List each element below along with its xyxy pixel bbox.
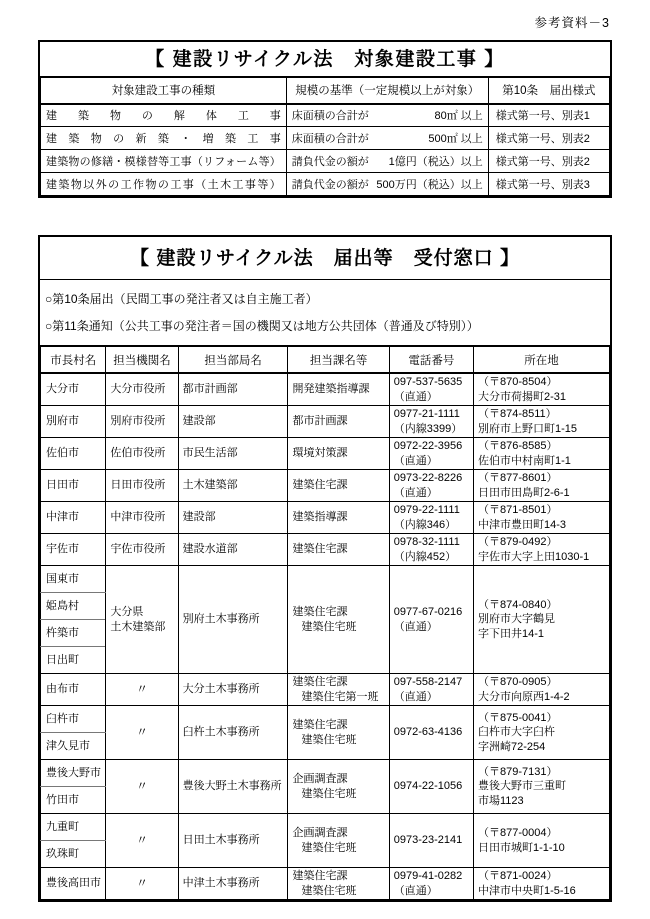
section-cell: 建築住宅課建築住宅班 <box>288 566 389 674</box>
section-cell: 企画調査課建築住宅班 <box>288 814 389 868</box>
address-cell: （〒877-0004）日田市城町1-1-10 <box>473 814 609 868</box>
phone-cell-line: 0978-32-1111 <box>394 535 469 550</box>
section-cell: 環境対策課 <box>288 438 389 470</box>
bureau-cell: 大分土木事務所 <box>178 674 288 706</box>
agency-cell-line: 〃 <box>110 779 173 795</box>
section-cell: 建築指導課 <box>288 502 389 534</box>
reception-notes: ○第10条届出（民間工事の発注者又は自主施工者） ○第11条通知（公共工事の発注… <box>40 280 610 345</box>
scale-basis-cell: 請負代金の額が1億円（税込）以上 <box>286 150 488 173</box>
target-works-grid: 対象建設工事の種類 規模の基準（一定規模以上が対象） 第10条 届出様式 建築物… <box>40 77 610 196</box>
agency-cell-line: 別府市役所 <box>110 414 173 429</box>
basis-threshold: 500㎡ 以上 <box>428 130 482 146</box>
bureau-cell-line: 豊後大野土木事務所 <box>183 779 284 794</box>
section-cell-line: 企画調査課 <box>292 826 384 841</box>
phone-cell: 0972-22-3956（直通） <box>389 438 473 470</box>
address-cell: （〒877-8601）日田市田島町2-6-1 <box>473 470 609 502</box>
address-cell-line: 中津市中央町1-5-16 <box>478 884 605 899</box>
section-cell: 都市計画課 <box>288 406 389 438</box>
section-cell-line: 建築住宅班 <box>292 620 384 635</box>
agency-cell: 〃 <box>106 706 178 760</box>
agency-cell-line: 佐伯市役所 <box>110 446 173 461</box>
address-cell-line: 字下田井14-1 <box>478 627 605 642</box>
bureau-cell: 建設部 <box>178 406 288 438</box>
address-cell-line: 日田市城町1-1-10 <box>478 841 605 856</box>
work-type-text: 建築物の新築・増築工事 <box>46 130 281 146</box>
phone-cell-line: 0977-21-1111 <box>394 407 469 422</box>
table-row: 別府市別府市役所建設部都市計画課0977-21-1111（内線3399）（〒87… <box>41 406 610 438</box>
agency-cell-line: 大分県 <box>110 605 173 620</box>
phone-cell-line: 0972-63-4136 <box>394 725 469 740</box>
address-cell-line: 別府市大字鶴見 <box>478 612 605 627</box>
municipality-cell: 国東市 <box>41 566 106 593</box>
address-cell: （〒874-8511）別府市上野口町1-15 <box>473 406 609 438</box>
municipality-cell: 姫島村 <box>41 593 106 620</box>
section-cell-line: 建築住宅班 <box>292 884 384 899</box>
bureau-cell: 市民生活部 <box>178 438 288 470</box>
address-cell-line: 佐伯市中村南町1-1 <box>478 454 605 469</box>
agency-cell: 宇佐市役所 <box>106 534 178 566</box>
municipality-cell: 日田市 <box>41 470 106 502</box>
address-cell-line: （〒879-7131） <box>478 765 605 780</box>
address-cell-line: 日田市田島町2-6-1 <box>478 486 605 501</box>
phone-cell-line: 0973-22-8226 <box>394 471 469 486</box>
address-cell-line: （〒877-8601） <box>478 471 605 486</box>
table-row: 豊後大野市〃豊後大野土木事務所企画調査課建築住宅班0974-22-1056（〒8… <box>41 760 610 787</box>
bureau-cell-line: 土木建築部 <box>183 478 284 493</box>
t1-header-form-style: 第10条 届出様式 <box>488 78 609 104</box>
municipality-cell: 竹田市 <box>41 787 106 814</box>
section-cell-line: 建築住宅班 <box>292 787 384 802</box>
address-cell: （〒874-0840）別府市大字鶴見字下田井14-1 <box>473 566 609 674</box>
target-works-table: 【 建設リサイクル法 対象建設工事 】 対象建設工事の種類 規模の基準（一定規模… <box>38 40 612 198</box>
table-row: 建築物の新築・増築工事床面積の合計が500㎡ 以上様式第一号、別表2 <box>41 127 610 150</box>
bureau-cell-line: 市民生活部 <box>183 446 284 461</box>
phone-cell-line: 0972-22-3956 <box>394 439 469 454</box>
agency-cell: 中津市役所 <box>106 502 178 534</box>
address-cell-line: （〒879-0492） <box>478 535 605 550</box>
target-works-title: 【 建設リサイクル法 対象建設工事 】 <box>40 42 610 77</box>
section-cell: 建築住宅課 <box>288 534 389 566</box>
section-cell-line: 企画調査課 <box>292 772 384 787</box>
phone-cell-line: 0977-67-0216 <box>394 605 469 620</box>
agency-cell: 〃 <box>106 760 178 814</box>
address-cell: （〒879-0492）宇佐市大字上田1030-1 <box>473 534 609 566</box>
phone-cell-line: （直通） <box>394 486 469 501</box>
work-type-cell: 建築物の修繕・模様替等工事（リフォーム等） <box>41 150 287 173</box>
table-row: 国東市大分県土木建築部別府土木事務所建築住宅課建築住宅班0977-67-0216… <box>41 566 610 593</box>
agency-cell-line: 〃 <box>110 876 173 892</box>
address-cell-line: 大分市荷揚町2-31 <box>478 390 605 405</box>
agency-cell-line: 中津市役所 <box>110 510 173 525</box>
phone-cell: 0978-32-1111（内線452） <box>389 534 473 566</box>
form-style-cell: 様式第一号、別表2 <box>488 127 609 150</box>
agency-cell: 〃 <box>106 868 178 900</box>
section-cell-line: 建築住宅課 <box>292 869 384 884</box>
section-cell-line: 建築住宅課 <box>292 675 384 690</box>
reception-title: 【 建設リサイクル法 届出等 受付窓口 】 <box>40 237 610 280</box>
municipality-cell: 玖珠町 <box>41 841 106 868</box>
municipality-cell: 豊後大野市 <box>41 760 106 787</box>
address-cell-line: （〒876-8585） <box>478 439 605 454</box>
t2-header-bureau: 担当部局名 <box>178 346 288 373</box>
table-row: 佐伯市佐伯市役所市民生活部環境対策課0972-22-3956（直通）（〒876-… <box>41 438 610 470</box>
agency-cell: 佐伯市役所 <box>106 438 178 470</box>
work-type-text: 建築物以外の工作物の工事（土木工事等） <box>46 176 281 192</box>
phone-cell: 0977-67-0216（直通） <box>389 566 473 674</box>
basis-threshold: 1億円（税込）以上 <box>389 153 483 169</box>
address-cell: （〒871-8501）中津市豊田町14-3 <box>473 502 609 534</box>
t2-header-municipality: 市長村名 <box>41 346 106 373</box>
table-row: 建築物の解体工事床面積の合計が80㎡ 以上様式第一号、別表1 <box>41 104 610 127</box>
section-cell: 建築住宅課建築住宅班 <box>288 706 389 760</box>
table-row: 九重町〃日田土木事務所企画調査課建築住宅班0973-23-2141（〒877-0… <box>41 814 610 841</box>
bureau-cell: 別府土木事務所 <box>178 566 288 674</box>
basis-label: 請負代金の額が <box>292 153 369 169</box>
address-cell-line: （〒877-0004） <box>478 826 605 841</box>
municipality-cell: 杵築市 <box>41 620 106 647</box>
section-cell-line: 建築住宅班 <box>292 841 384 856</box>
basis-label: 床面積の合計が <box>292 107 369 123</box>
municipality-cell: 宇佐市 <box>41 534 106 566</box>
bureau-cell-line: 建設水道部 <box>183 542 284 557</box>
address-cell-line: 大分市向原西1-4-2 <box>478 690 605 705</box>
bureau-cell: 豊後大野土木事務所 <box>178 760 288 814</box>
address-cell-line: 市場1123 <box>478 794 605 809</box>
address-cell-line: 臼杵市大字臼杵 <box>478 725 605 740</box>
bureau-cell: 建設部 <box>178 502 288 534</box>
bureau-cell: 日田土木事務所 <box>178 814 288 868</box>
bureau-cell-line: 中津土木事務所 <box>183 876 284 891</box>
address-cell-line: （〒871-0024） <box>478 869 605 884</box>
t1-header-work-type: 対象建設工事の種類 <box>41 78 287 104</box>
phone-cell: 0973-23-2141 <box>389 814 473 868</box>
agency-cell-line: 大分市役所 <box>110 382 173 397</box>
bureau-cell-line: 都市計画部 <box>183 382 284 397</box>
work-type-cell: 建築物の新築・増築工事 <box>41 127 287 150</box>
address-cell-line: （〒870-8504） <box>478 375 605 390</box>
t2-header-agency: 担当機関名 <box>106 346 178 373</box>
agency-cell-line: 〃 <box>110 833 173 849</box>
municipality-cell: 中津市 <box>41 502 106 534</box>
table-row: 大分市大分市役所都市計画部開発建築指導課097-537-5635（直通）（〒87… <box>41 373 610 406</box>
address-cell-line: 中津市豊田町14-3 <box>478 518 605 533</box>
phone-cell-line: （直通） <box>394 390 469 405</box>
municipality-cell: 津久見市 <box>41 733 106 760</box>
phone-cell: 0979-22-1111（内線346） <box>389 502 473 534</box>
agency-cell-line: 〃 <box>110 682 173 698</box>
scale-basis-cell: 請負代金の額が500万円（税込）以上 <box>286 173 488 196</box>
phone-cell-line: （内線452） <box>394 550 469 565</box>
table-row: 建築物以外の工作物の工事（土木工事等）請負代金の額が500万円（税込）以上様式第… <box>41 173 610 196</box>
bureau-cell: 中津土木事務所 <box>178 868 288 900</box>
agency-cell: 大分県土木建築部 <box>106 566 178 674</box>
agency-cell-line: 〃 <box>110 725 173 741</box>
section-cell: 開発建築指導課 <box>288 373 389 406</box>
address-cell: （〒870-0905）大分市向原西1-4-2 <box>473 674 609 706</box>
agency-cell-line: 宇佐市役所 <box>110 542 173 557</box>
t1-header-row: 対象建設工事の種類 規模の基準（一定規模以上が対象） 第10条 届出様式 <box>41 78 610 104</box>
reception-grid: 市長村名 担当機関名 担当部局名 担当課名等 電話番号 所在地 大分市大分市役所… <box>40 345 610 900</box>
phone-cell: 0979-41-0282（直通） <box>389 868 473 900</box>
phone-cell-line: 0974-22-1056 <box>394 779 469 794</box>
municipality-cell: 大分市 <box>41 373 106 406</box>
bureau-cell-line: 日田土木事務所 <box>183 833 284 848</box>
section-cell: 建築住宅課 <box>288 470 389 502</box>
section-cell-line: 建築住宅課 <box>292 478 384 493</box>
form-style-cell: 様式第一号、別表2 <box>488 150 609 173</box>
basis-label: 床面積の合計が <box>292 130 369 146</box>
work-type-cell: 建築物以外の工作物の工事（土木工事等） <box>41 173 287 196</box>
phone-cell-line: （内線346） <box>394 518 469 533</box>
municipality-cell: 日出町 <box>41 647 106 674</box>
agency-cell-line: 土木建築部 <box>110 620 173 635</box>
note-article-10: ○第10条届出（民間工事の発注者又は自主施工者） <box>45 290 605 307</box>
agency-cell: 日田市役所 <box>106 470 178 502</box>
phone-cell-line: 0979-22-1111 <box>394 503 469 518</box>
scale-basis-cell: 床面積の合計が80㎡ 以上 <box>286 104 488 127</box>
bureau-cell-line: 建設部 <box>183 510 284 525</box>
section-cell-line: 環境対策課 <box>292 446 384 461</box>
phone-cell-line: （内線3399） <box>394 422 469 437</box>
municipality-cell: 臼杵市 <box>41 706 106 733</box>
section-cell: 建築住宅課建築住宅第一班 <box>288 674 389 706</box>
section-cell: 建築住宅課建築住宅班 <box>288 868 389 900</box>
bureau-cell: 都市計画部 <box>178 373 288 406</box>
phone-cell-line: 097-537-5635 <box>394 375 469 390</box>
phone-cell: 0972-63-4136 <box>389 706 473 760</box>
t1-header-scale-basis: 規模の基準（一定規模以上が対象） <box>286 78 488 104</box>
phone-cell: 0974-22-1056 <box>389 760 473 814</box>
agency-cell: 〃 <box>106 814 178 868</box>
table-row: 宇佐市宇佐市役所建設水道部建築住宅課0978-32-1111（内線452）（〒8… <box>41 534 610 566</box>
address-cell-line: （〒871-8501） <box>478 503 605 518</box>
table-row: 中津市中津市役所建設部建築指導課0979-22-1111（内線346）（〒871… <box>41 502 610 534</box>
t2-header-phone: 電話番号 <box>389 346 473 373</box>
address-cell-line: （〒875-0041） <box>478 711 605 726</box>
section-cell-line: 建築住宅第一班 <box>292 690 384 705</box>
address-cell: （〒870-8504）大分市荷揚町2-31 <box>473 373 609 406</box>
address-cell: （〒875-0041）臼杵市大字臼杵字洲崎72-254 <box>473 706 609 760</box>
section-cell-line: 都市計画課 <box>292 414 384 429</box>
bureau-cell: 臼杵土木事務所 <box>178 706 288 760</box>
phone-cell-line: 0979-41-0282 <box>394 869 469 884</box>
agency-cell: 別府市役所 <box>106 406 178 438</box>
address-cell-line: 豊後大野市三重町 <box>478 779 605 794</box>
address-cell-line: 字洲崎72-254 <box>478 740 605 755</box>
address-cell-line: （〒874-0840） <box>478 598 605 613</box>
phone-cell-line: （直通） <box>394 454 469 469</box>
address-cell-line: （〒870-0905） <box>478 675 605 690</box>
basis-threshold: 500万円（税込）以上 <box>376 176 482 192</box>
table-row: 日田市日田市役所土木建築部建築住宅課0973-22-8226（直通）（〒877-… <box>41 470 610 502</box>
phone-cell: 097-537-5635（直通） <box>389 373 473 406</box>
reception-table: 【 建設リサイクル法 届出等 受付窓口 】 ○第10条届出（民間工事の発注者又は… <box>38 235 612 902</box>
reference-label: 参考資料－3 <box>535 13 610 31</box>
bureau-cell: 建設水道部 <box>178 534 288 566</box>
work-type-cell: 建築物の解体工事 <box>41 104 287 127</box>
section-cell: 企画調査課建築住宅班 <box>288 760 389 814</box>
scale-basis-cell: 床面積の合計が500㎡ 以上 <box>286 127 488 150</box>
municipality-cell: 豊後高田市 <box>41 868 106 900</box>
note-article-11: ○第11条通知（公共工事の発注者＝国の機関又は地方公共団体（普通及び特別）） <box>45 317 605 334</box>
phone-cell: 0973-22-8226（直通） <box>389 470 473 502</box>
section-cell-line: 建築住宅課 <box>292 542 384 557</box>
bureau-cell: 土木建築部 <box>178 470 288 502</box>
municipality-cell: 佐伯市 <box>41 438 106 470</box>
t2-header-row: 市長村名 担当機関名 担当部局名 担当課名等 電話番号 所在地 <box>41 346 610 373</box>
section-cell-line: 建築住宅班 <box>292 733 384 748</box>
document-page: 参考資料－3 【 建設リサイクル法 対象建設工事 】 対象建設工事の種類 規模の… <box>0 0 650 919</box>
table-row: 建築物の修繕・模様替等工事（リフォーム等）請負代金の額が1億円（税込）以上様式第… <box>41 150 610 173</box>
address-cell-line: （〒874-8511） <box>478 407 605 422</box>
work-type-text: 建築物の修繕・模様替等工事（リフォーム等） <box>46 153 281 169</box>
agency-cell: 〃 <box>106 674 178 706</box>
municipality-cell: 由布市 <box>41 674 106 706</box>
t2-header-section: 担当課名等 <box>288 346 389 373</box>
section-cell-line: 建築指導課 <box>292 510 384 525</box>
bureau-cell-line: 臼杵土木事務所 <box>183 725 284 740</box>
section-cell-line: 建築住宅課 <box>292 718 384 733</box>
address-cell: （〒871-0024）中津市中央町1-5-16 <box>473 868 609 900</box>
phone-cell-line: （直通） <box>394 884 469 899</box>
bureau-cell-line: 別府土木事務所 <box>183 612 284 627</box>
t2-header-address: 所在地 <box>473 346 609 373</box>
form-style-cell: 様式第一号、別表1 <box>488 104 609 127</box>
phone-cell: 097-558-2147（直通） <box>389 674 473 706</box>
basis-threshold: 80㎡ 以上 <box>434 107 482 123</box>
bureau-cell-line: 建設部 <box>183 414 284 429</box>
table-row: 臼杵市〃臼杵土木事務所建築住宅課建築住宅班0972-63-4136（〒875-0… <box>41 706 610 733</box>
agency-cell: 大分市役所 <box>106 373 178 406</box>
phone-cell-line: 0973-23-2141 <box>394 833 469 848</box>
form-style-cell: 様式第一号、別表3 <box>488 173 609 196</box>
municipality-cell: 九重町 <box>41 814 106 841</box>
phone-cell: 0977-21-1111（内線3399） <box>389 406 473 438</box>
agency-cell-line: 日田市役所 <box>110 478 173 493</box>
address-cell-line: 宇佐市大字上田1030-1 <box>478 550 605 565</box>
bureau-cell-line: 大分土木事務所 <box>183 682 284 697</box>
section-cell-line: 建築住宅課 <box>292 605 384 620</box>
address-cell: （〒879-7131）豊後大野市三重町市場1123 <box>473 760 609 814</box>
phone-cell-line: （直通） <box>394 690 469 705</box>
section-cell-line: 開発建築指導課 <box>292 382 384 397</box>
basis-label: 請負代金の額が <box>292 176 369 192</box>
address-cell-line: 別府市上野口町1-15 <box>478 422 605 437</box>
table-row: 豊後高田市〃中津土木事務所建築住宅課建築住宅班0979-41-0282（直通）（… <box>41 868 610 900</box>
work-type-text: 建築物の解体工事 <box>46 107 281 123</box>
municipality-cell: 別府市 <box>41 406 106 438</box>
address-cell: （〒876-8585）佐伯市中村南町1-1 <box>473 438 609 470</box>
table-row: 由布市〃大分土木事務所建築住宅課建築住宅第一班097-558-2147（直通）（… <box>41 674 610 706</box>
phone-cell-line: 097-558-2147 <box>394 675 469 690</box>
phone-cell-line: （直通） <box>394 620 469 635</box>
